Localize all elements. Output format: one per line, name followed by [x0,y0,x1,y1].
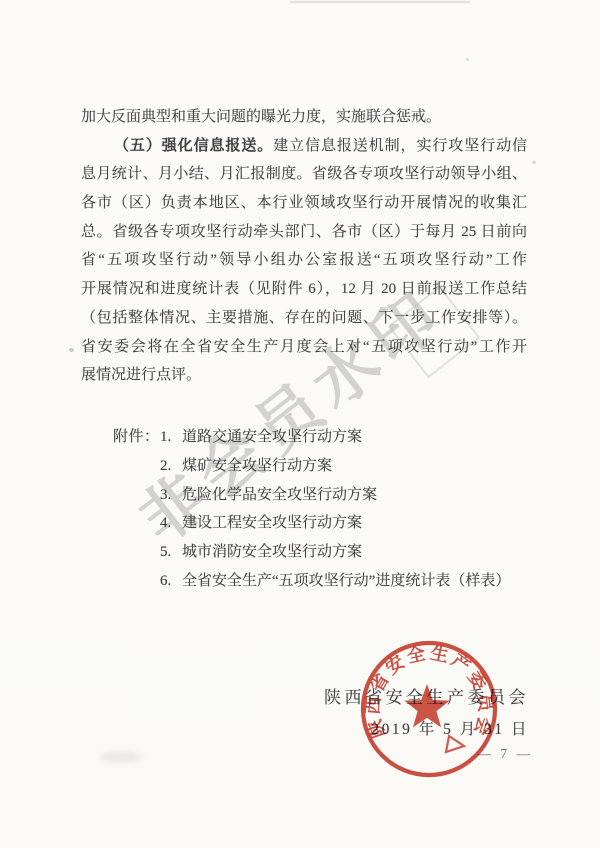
body-line: （五）强化信息报送。建立信息报送机制，实行攻坚行动信 [81,132,527,161]
body-line: 省安委会将在全省安全生产月度会上对“五项攻坚行动”工作开 [81,333,527,362]
attachments-list: 附件： 1.道路交通安全攻坚行动方案 2.煤矿安全攻坚行动方案 3.危险化学品安… [0,423,600,596]
attachment-title: 全省安全生产“五项攻坚行动”进度统计表（样表） [182,573,510,589]
body-line-rest: 建立信息报送机制，实行攻坚行动信 [273,138,527,154]
body-paragraphs: 加大反面典型和重大问题的曝光力度，实施联合惩戒。 （五）强化信息报送。建立信息报… [81,103,527,390]
body-line: 总。省级各专项攻坚行动牵头部门、各市（区）于每月 25 日前向 [81,218,527,247]
attachment-title: 危险化学品安全攻坚行动方案 [182,487,377,503]
attachment-item: 3.危险化学品安全攻坚行动方案 [0,481,600,510]
body-line: 展情况进行点评。 [81,361,527,390]
attachment-number: 2. [160,452,182,481]
attachment-number: 6. [160,567,182,596]
seal-anticounterfeit-mark [446,736,464,752]
attachment-title: 道路交通安全攻坚行动方案 [182,429,362,445]
body-line: 开展情况和进度统计表（见附件 6），12 月 20 日前报送工作总结 [81,275,527,304]
attachment-number: 3. [160,481,182,510]
attachment-item: 2.煤矿安全攻坚行动方案 [0,452,600,481]
official-seal: 陕西省安全生产委员会 [345,620,515,790]
attachment-item: 1.道路交通安全攻坚行动方案 [0,423,600,452]
attachment-number: 4. [160,509,182,538]
body-line: 息月统计、月小结、月汇报制度。省级各专项攻坚行动领导小组、 [81,160,527,189]
attachment-number: 1. [160,423,182,452]
scanned-document-page: 非会员水印 加大反面典型和重大问题的曝光力度，实施联合惩戒。 （五）强化信息报送… [0,0,600,848]
attachment-title: 城市消防安全攻坚行动方案 [182,544,362,560]
attachment-title: 建设工程安全攻坚行动方案 [182,515,362,531]
body-line: 省“五项攻坚行动”领导小组办公室报送“五项攻坚行动”工作 [81,246,527,275]
attachments-label: 附件： [113,423,160,452]
scan-speck [69,348,74,352]
body-line-lead: （五）强化信息报送。 [114,138,273,154]
seal-star-icon [404,684,450,727]
body-line: 加大反面典型和重大问题的曝光力度，实施联合惩戒。 [81,103,527,132]
scan-streak [290,1,470,3]
attachment-title: 煤矿安全攻坚行动方案 [182,458,332,474]
body-line: （包括整体情况、主要措施、存在的问题、下一步工作安排等）。 [81,304,527,333]
scan-speck [466,58,469,61]
attachment-item: 5.城市消防安全攻坚行动方案 [0,538,600,567]
scan-speck [532,161,536,164]
attachment-item: 4.建设工程安全攻坚行动方案 [0,509,600,538]
scan-smudge [100,752,142,762]
attachment-number: 5. [160,538,182,567]
body-line: 各市（区）负责本地区、本行业领域攻坚行动开展情况的收集汇 [81,189,527,218]
attachment-item: 6.全省安全生产“五项攻坚行动”进度统计表（样表） [0,567,600,596]
